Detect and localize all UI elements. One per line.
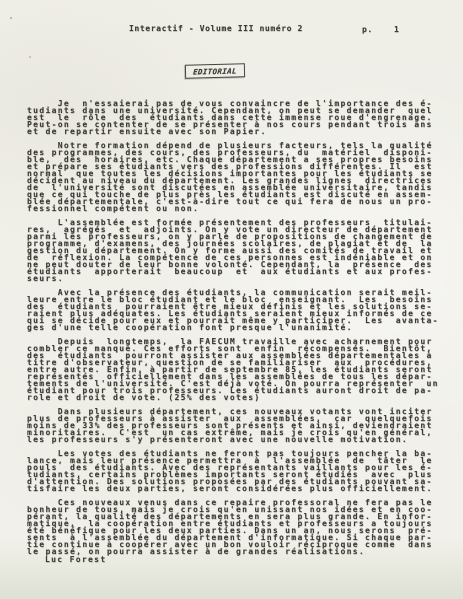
scanned-newsletter-page: Interactif - Volume III numéro 2 p. 1 ED…	[0, 0, 463, 599]
editorial-heading-box: EDITORIAL	[185, 63, 245, 78]
paragraph-1: Je n'essaierai pas de vous convaincre de…	[27, 100, 439, 135]
paragraph-4: Avec la présence des étudiants, la commu…	[27, 289, 439, 331]
page-number: 1	[394, 25, 399, 34]
paragraph-7: Les votes des étudiants ne feront pas to…	[27, 450, 439, 492]
editorial-article: Je n'essaierai pas de vous convaincre de…	[27, 100, 439, 561]
paragraph-8: Ces nouveaux venus dans ce repaire profe…	[27, 499, 439, 555]
author-signature: Luc Forest	[45, 555, 106, 564]
paragraph-2: Notre formation dépend de plusieurs fact…	[27, 142, 439, 212]
journal-title: Interactif - Volume III numéro 2	[129, 24, 303, 33]
paper-speck	[10, 17, 12, 19]
page-label: p.	[362, 25, 373, 34]
paragraph-5: Depuis longtemps, la FAECUM travaille av…	[27, 338, 439, 401]
paper-speck	[29, 56, 31, 58]
paragraph-3: L'assemblée est formée présentement des …	[27, 219, 439, 282]
page-header: Interactif - Volume III numéro 2 p. 1	[0, 24, 463, 36]
paragraph-6: Dans plusieurs département, ces nouveaux…	[27, 408, 439, 443]
editorial-heading-label: EDITORIAL	[193, 66, 238, 76]
